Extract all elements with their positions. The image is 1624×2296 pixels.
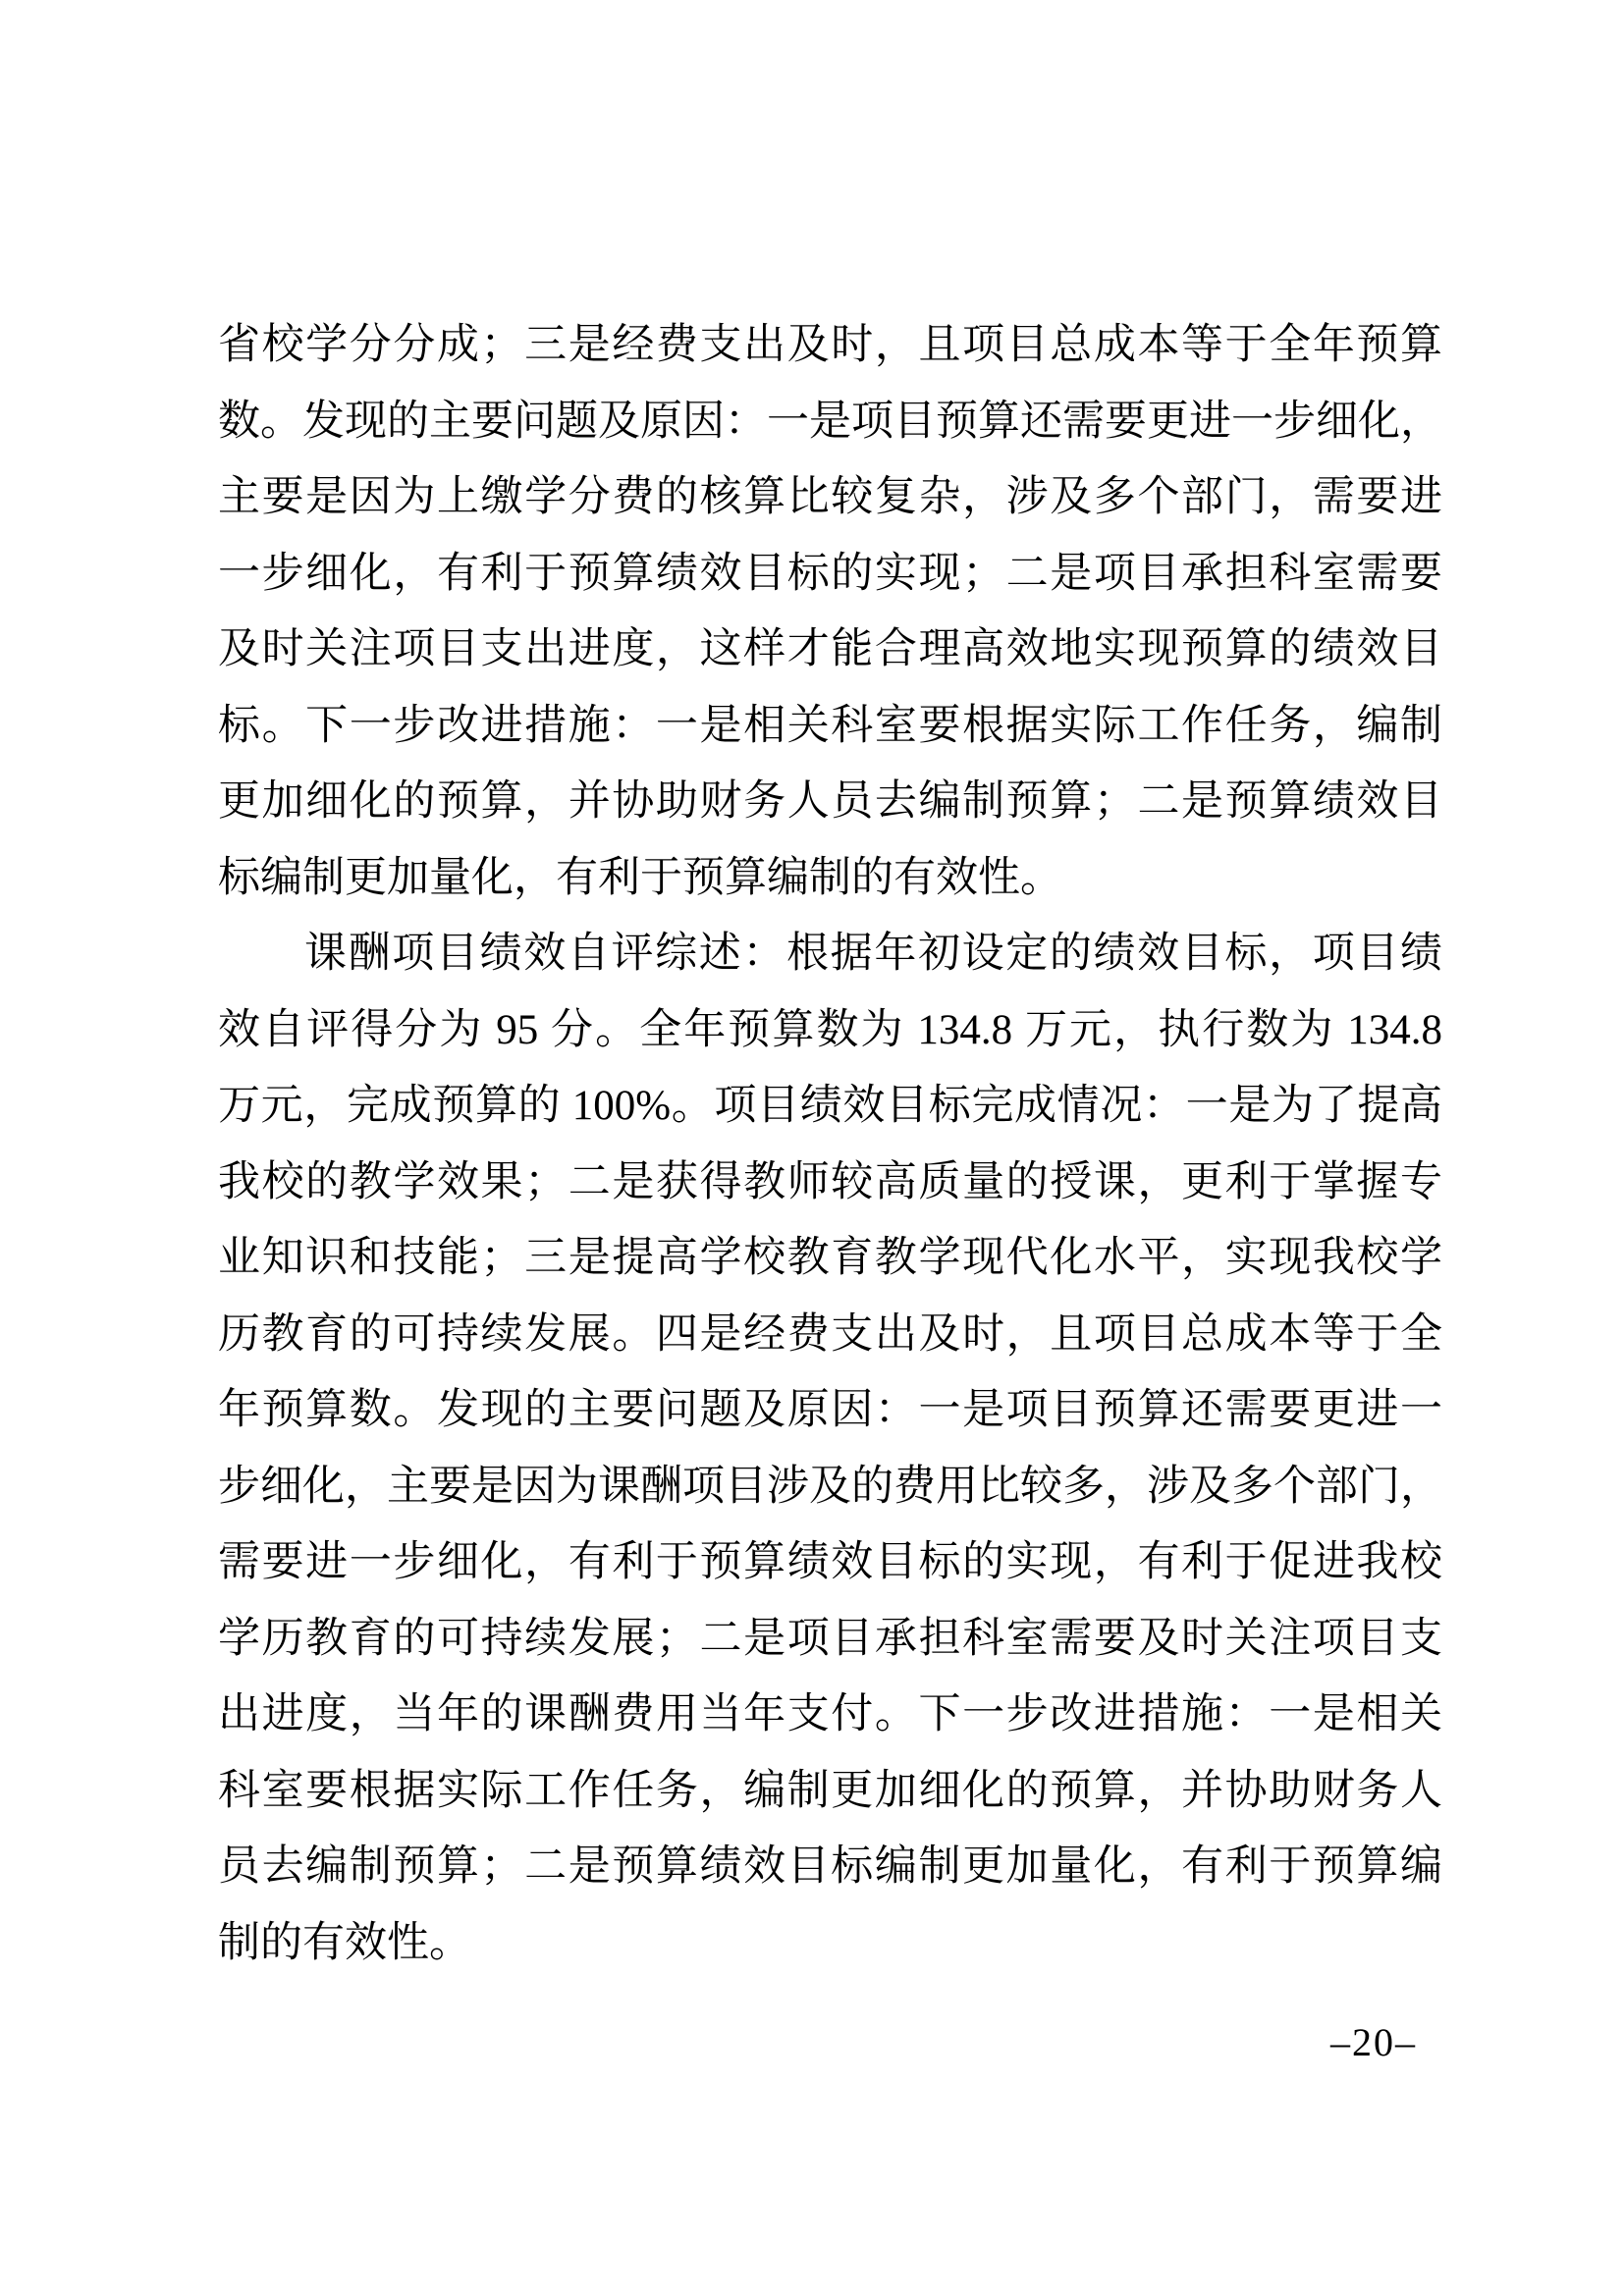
text-line: 万元，完成预算的 100%。项目绩效目标完成情况：一是为了提高 — [218, 1068, 1442, 1145]
text-line: 更加细化的预算，并协助财务人员去编制预算；二是预算绩效目 — [218, 764, 1442, 840]
text-line: 标。下一步改进措施：一是相关科室要根据实际工作任务，编制 — [218, 688, 1442, 765]
text-line: 需要进一步细化，有利于预算绩效目标的实现，有利于促进我校 — [218, 1524, 1442, 1601]
text-line: 效自评得分为 95 分。全年预算数为 134.8 万元，执行数为 134.8 — [218, 992, 1442, 1069]
text-line: 及时关注项目支出进度，这样才能合理高效地实现预算的绩效目 — [218, 612, 1442, 688]
paragraph: 课酬项目绩效自评综述：根据年初设定的绩效目标，项目绩效自评得分为 95 分。全年… — [218, 916, 1442, 1981]
text-line: 员去编制预算；二是预算绩效目标编制更加量化，有利于预算编 — [218, 1829, 1442, 1905]
text-line: 学历教育的可持续发展；二是项目承担科室需要及时关注项目支 — [218, 1601, 1442, 1678]
text-line: 主要是因为上缴学分费的核算比较复杂，涉及多个部门，需要进 — [218, 459, 1442, 536]
text-line: 标编制更加量化，有利于预算编制的有效性。 — [218, 840, 1442, 917]
paragraph: 省校学分分成；三是经费支出及时，且项目总成本等于全年预算数。发现的主要问题及原因… — [218, 307, 1442, 916]
document-page: 省校学分分成；三是经费支出及时，且项目总成本等于全年预算数。发现的主要问题及原因… — [0, 0, 1624, 2296]
text-line: 省校学分分成；三是经费支出及时，且项目总成本等于全年预算 — [218, 307, 1442, 384]
text-line: 科室要根据实际工作任务，编制更加细化的预算，并协助财务人 — [218, 1753, 1442, 1830]
page-number: –20– — [1330, 2020, 1417, 2065]
text-line: 课酬项目绩效自评综述：根据年初设定的绩效目标，项目绩 — [218, 916, 1442, 992]
text-line: 出进度，当年的课酬费用当年支付。下一步改进措施：一是相关 — [218, 1677, 1442, 1753]
text-line: 年预算数。发现的主要问题及原因：一是项目预算还需要更进一 — [218, 1372, 1442, 1449]
text-line: 制的有效性。 — [218, 1905, 1442, 1982]
body-text: 省校学分分成；三是经费支出及时，且项目总成本等于全年预算数。发现的主要问题及原因… — [218, 307, 1442, 1981]
text-line: 业知识和技能；三是提高学校教育教学现代化水平，实现我校学 — [218, 1220, 1442, 1297]
text-line: 我校的教学效果；二是获得教师较高质量的授课，更利于掌握专 — [218, 1145, 1442, 1221]
text-line: 步细化，主要是因为课酬项目涉及的费用比较多，涉及多个部门， — [218, 1449, 1442, 1525]
text-line: 历教育的可持续发展。四是经费支出及时，且项目总成本等于全 — [218, 1297, 1442, 1373]
text-line: 一步细化，有利于预算绩效目标的实现；二是项目承担科室需要 — [218, 536, 1442, 613]
text-line: 数。发现的主要问题及原因：一是项目预算还需要更进一步细化， — [218, 384, 1442, 460]
